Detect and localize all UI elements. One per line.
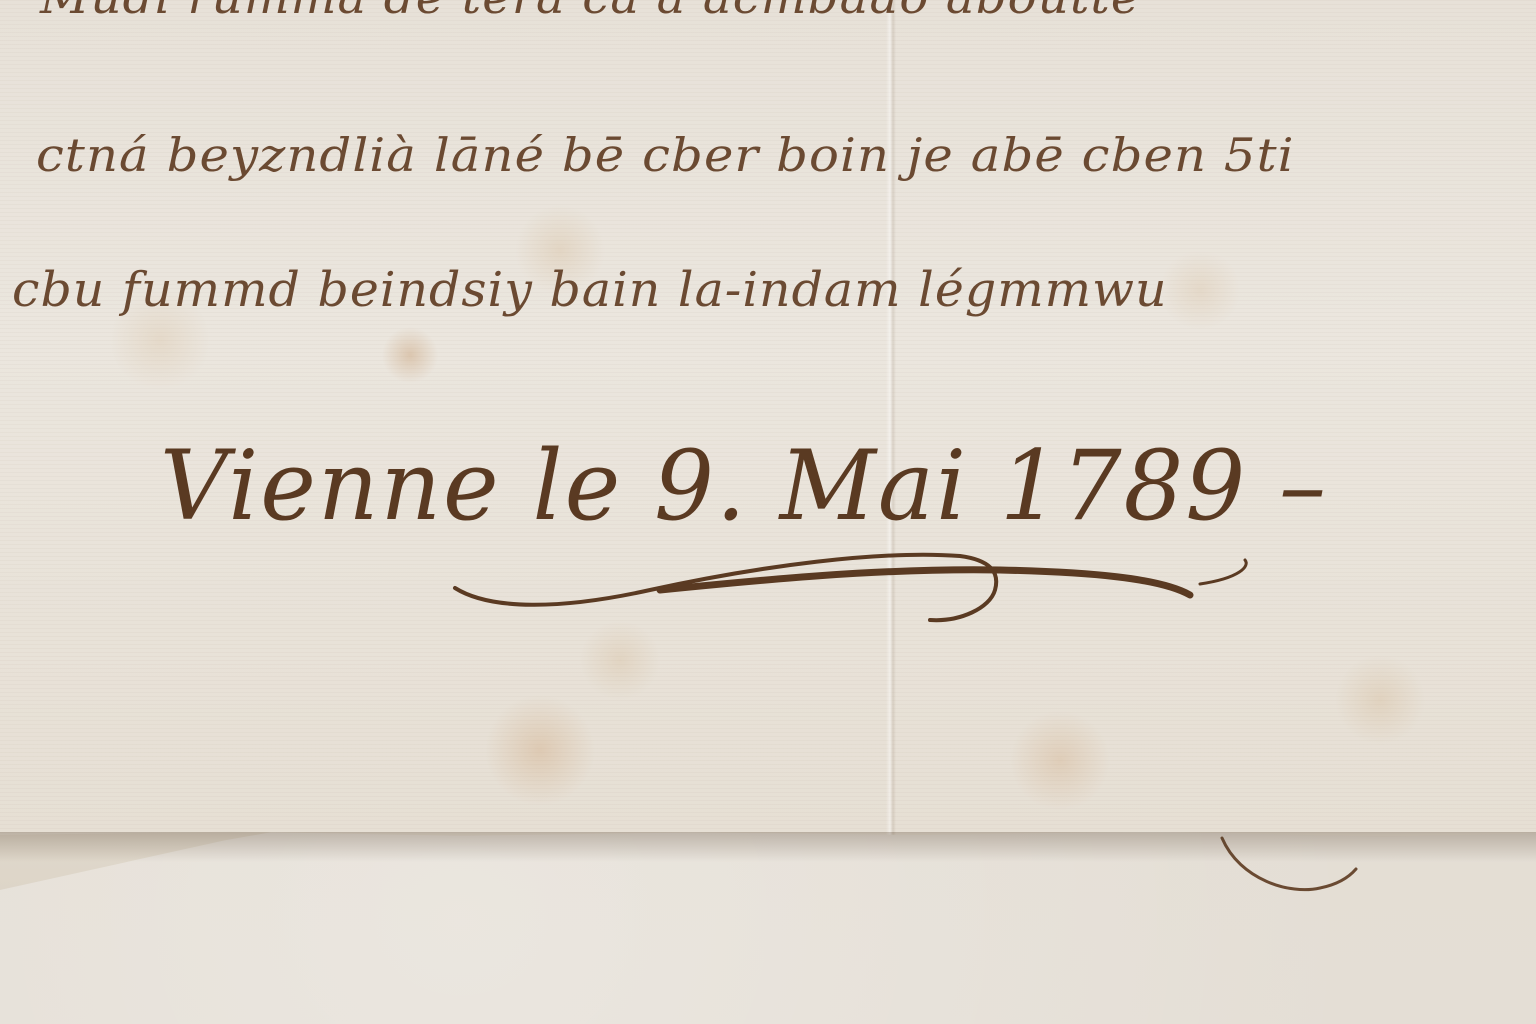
dateline: Vienne le 9. Mai 1789 –: [160, 430, 1328, 542]
script-line-3: cbu fummd beindsiy bain la-indam légmmwu: [12, 262, 1168, 318]
script-line-1: Mùdi rumma de tera ca a acmbaao aboutte: [40, 0, 1141, 24]
vertical-fold-crease: [886, 0, 896, 840]
letter-sheet: Mùdi rumma de tera ca a acmbaao aboutte …: [0, 0, 1536, 840]
paper-edge-shadow: [0, 832, 1536, 862]
document-photo: Mùdi rumma de tera ca a acmbaao aboutte …: [0, 0, 1536, 1024]
script-line-2: ctná beyzndlià lāné bē cber boin je abē …: [36, 128, 1295, 182]
